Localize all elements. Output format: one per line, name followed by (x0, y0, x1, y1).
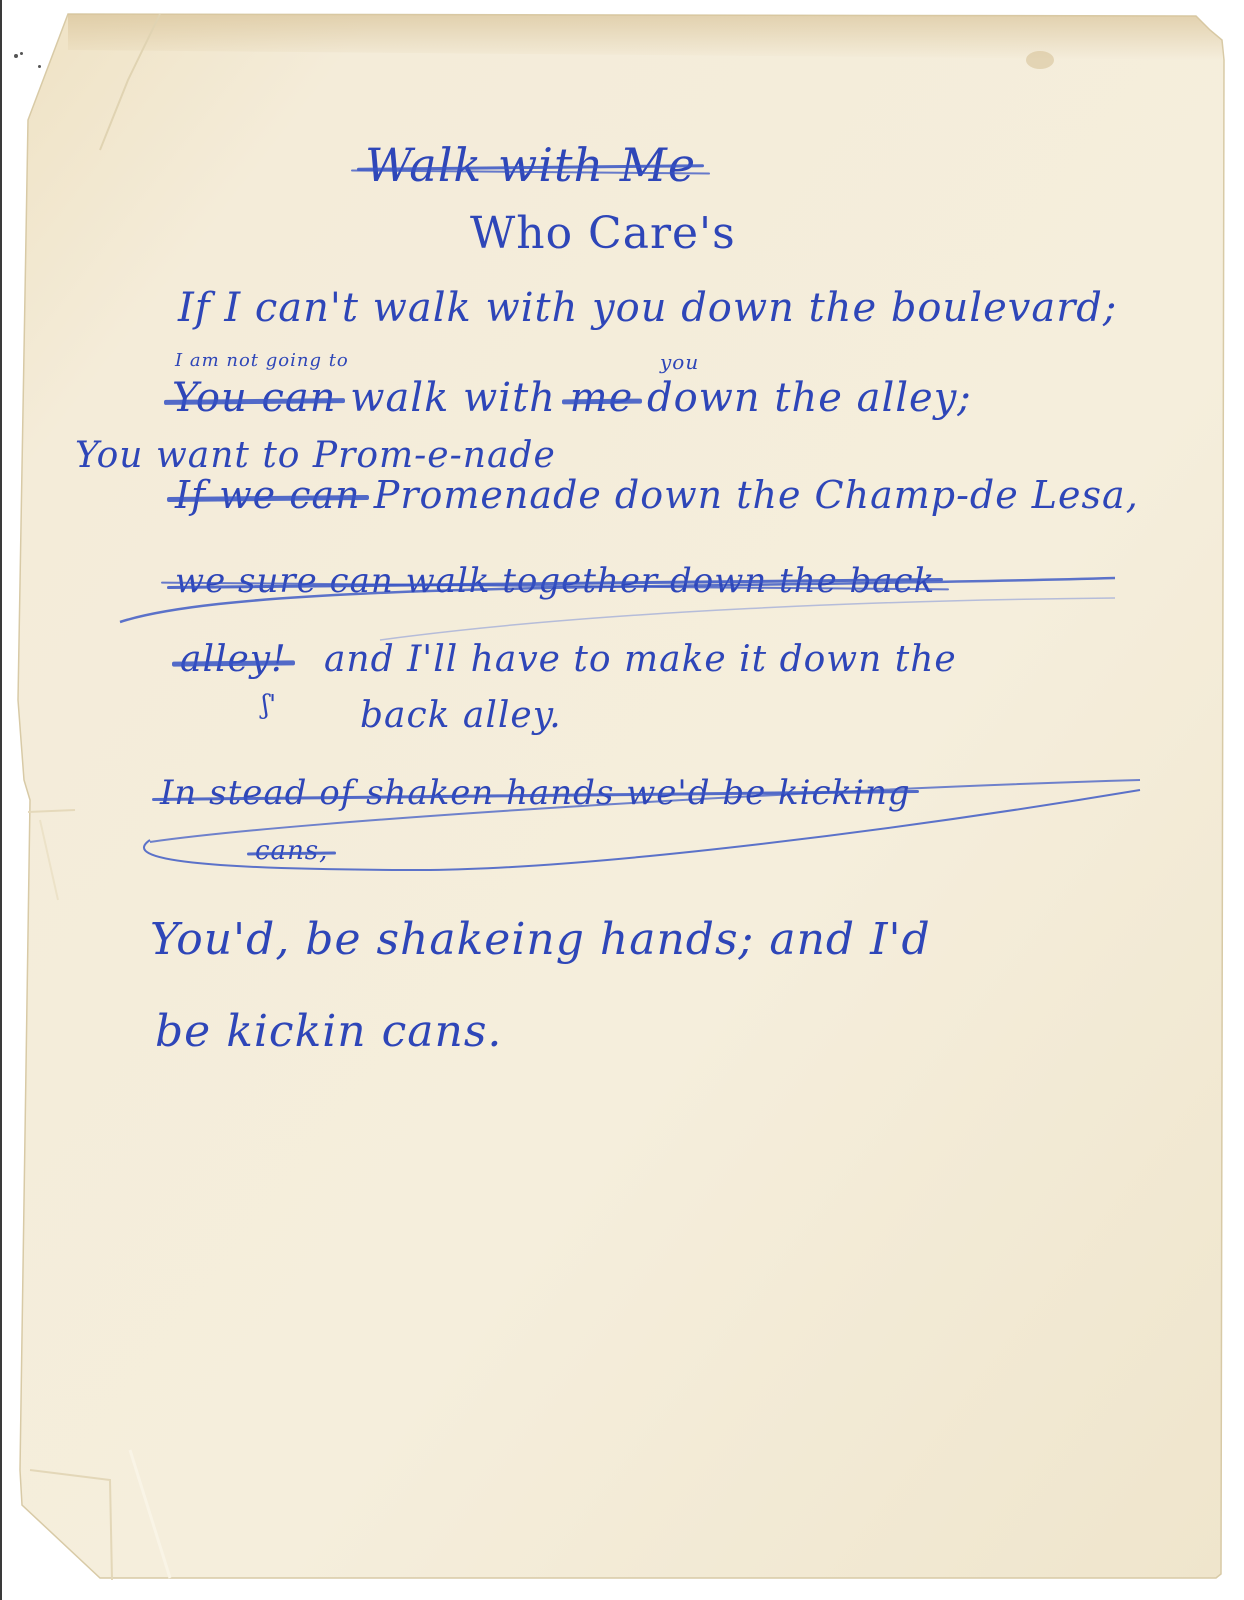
struck-title: Walk with Me (365, 142, 696, 188)
lyric-line-6b-struck: cans, (255, 838, 328, 864)
struck-text: alley! (180, 642, 287, 678)
lyric-line-6-struck: In stead of shaken hands we'd be kicking (160, 776, 911, 810)
lyric-line-3: If we can Promenade down the Champ-de Le… (175, 476, 1139, 514)
lyric-text: down the alley; (647, 375, 972, 421)
struck-text: You can (172, 378, 337, 418)
margin-mark: ʃ' (262, 690, 276, 720)
struck-text: cans, (255, 838, 328, 864)
struck-text: me (570, 378, 634, 418)
struck-text: If we can (175, 476, 361, 514)
lyric-line-7: You'd, be shakeing hands; and I'd (150, 918, 931, 962)
insertion-text: you (660, 352, 699, 372)
lyric-line-8: be kickin cans. (155, 1010, 502, 1054)
lyric-line-5: alley! and I'll have to make it down the (180, 642, 957, 678)
struck-title-text: Walk with Me (365, 142, 696, 188)
lyric-text: walk with (350, 375, 556, 421)
struck-text: In stead of shaken hands we'd be kicking (160, 776, 911, 810)
lyric-line-5b: back alley. (360, 698, 562, 734)
lyric-line-3-insert: You want to Prom-e-nade (75, 438, 556, 474)
struck-text: we sure can walk together down the back (175, 564, 935, 598)
lyric-text: Promenade down the Champ-de Lesa, (374, 473, 1139, 517)
lyric-line-4-struck: we sure can walk together down the back (175, 564, 935, 598)
insertion-text: I am not going to (175, 352, 349, 370)
lyric-line-2: You can walk with me down the alley; (172, 378, 972, 418)
page-title: Who Care's (470, 212, 736, 256)
lyric-line-1: If I can't walk with you down the boulev… (178, 288, 1117, 328)
lyric-text: and I'll have to make it down the (324, 639, 957, 680)
